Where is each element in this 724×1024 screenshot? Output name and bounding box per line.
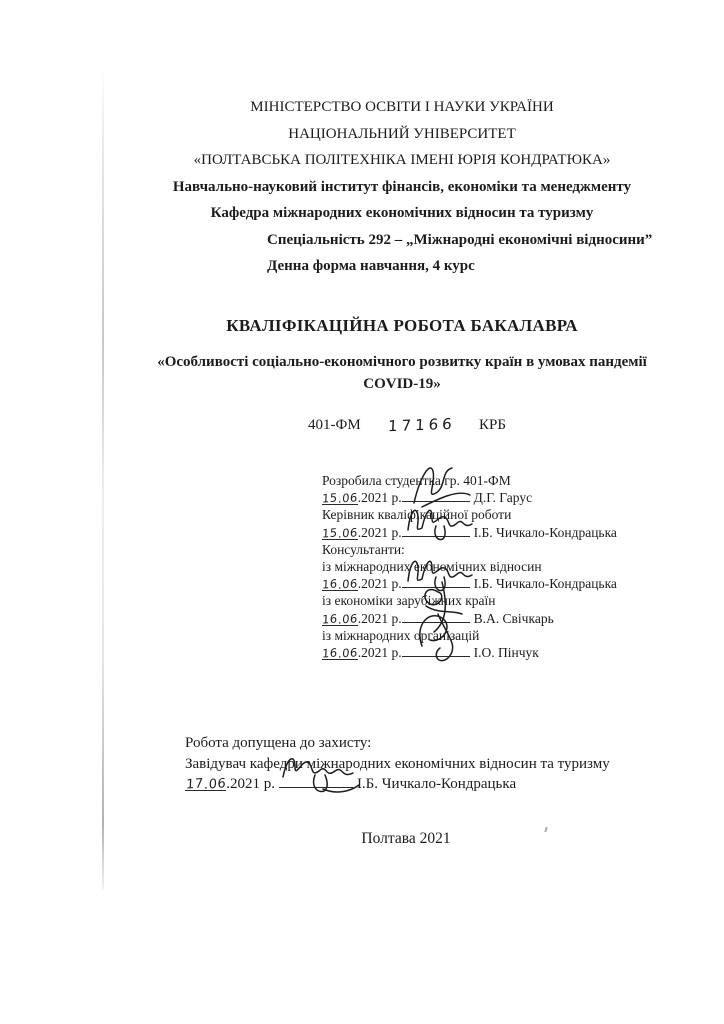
- consultant3-signature-row: 16.06.2021 р. І.О. Пінчук: [322, 644, 682, 661]
- signer-name: І.О. Пінчук: [474, 645, 539, 660]
- handwritten-day: 15: [322, 527, 338, 539]
- supervisor-signature-row: 15.06.2021 р. І.Б. Чичкало-Кондрацька: [322, 524, 682, 541]
- handwritten-month: .06: [338, 647, 358, 659]
- signature-line: [402, 576, 470, 588]
- signer-name: В.А. Свічкарь: [474, 611, 554, 626]
- date-suffix: .2021 р.: [226, 776, 275, 792]
- signing-block: Розробила студентка гр. 401-ФМ 15.06.202…: [322, 472, 682, 661]
- title-block: КВАЛІФІКАЦІЙНА РОБОТА БАКАЛАВРА «Особлив…: [100, 316, 704, 395]
- date-suffix: .2021 р.: [358, 490, 402, 505]
- signature-line: [402, 645, 470, 657]
- handwritten-day: 15: [322, 493, 338, 505]
- handwritten-month: .06: [338, 492, 358, 504]
- consultant3-label: із міжнародних організацій: [322, 627, 682, 644]
- university-name-line: «ПОЛТАВСЬКА ПОЛІТЕХНІКА ІМЕНІ ЮРІЯ КОНДР…: [100, 147, 704, 174]
- institute-line: Навчально-науковий інститут фінансів, ек…: [100, 174, 704, 201]
- university-type-line: НАЦІОНАЛЬНИЙ УНІВЕРСИТЕТ: [100, 121, 704, 148]
- date-suffix: .2021 р.: [358, 645, 402, 660]
- signature-line: [402, 490, 470, 502]
- developer-label: Розробила студентка гр. 401-ФМ: [322, 472, 682, 489]
- date-suffix: .2021 р.: [358, 576, 402, 591]
- group-code: 401-ФМ: [308, 417, 361, 434]
- handwritten-month: .06: [338, 578, 358, 590]
- handwritten-day: 16: [322, 613, 338, 625]
- codes-row: 401-ФМ 17166 КРБ: [0, 417, 724, 439]
- signer-name: І.Б. Чичкало-Кондрацька: [474, 525, 617, 540]
- consultant2-label: із економіки зарубіжних країн: [322, 592, 682, 609]
- topic-line-2: COVID-19»: [100, 373, 704, 395]
- handwritten-month: .06: [338, 613, 358, 625]
- department-line: Кафедра міжнародних економічних відносин…: [100, 200, 704, 227]
- date-suffix: .2021 р.: [358, 525, 402, 540]
- topic-line-1: «Особливості соціально-економічного розв…: [100, 351, 704, 373]
- developer-signature-row: 15.06.2021 р. Д.Г. Гарус: [322, 489, 682, 506]
- signer-name: І.Б. Чичкало-Кондрацька: [474, 576, 617, 591]
- admission-line-1: Робота допущена до захисту:: [185, 733, 705, 754]
- document-header: МІНІСТЕРСТВО ОСВІТИ І НАУКИ УКРАЇНИ НАЦІ…: [100, 94, 704, 280]
- city-year-line: Полтава 2021: [100, 830, 712, 848]
- supervisor-label: Керівник кваліфікаційної роботи: [322, 506, 682, 523]
- work-code: КРБ: [479, 417, 506, 434]
- approver-signature-row: 17.06.2021 р. І.Б. Чичкало-Кондрацька: [185, 774, 705, 795]
- signature-line: [402, 611, 470, 623]
- admission-block: Робота допущена до захисту: Завідувач ка…: [185, 733, 705, 795]
- consultant2-signature-row: 16.06.2021 р. В.А. Свічкарь: [322, 610, 682, 627]
- handwritten-day: 16: [322, 579, 338, 591]
- study-form-line: Денна форма навчання, 4 курс: [100, 253, 704, 280]
- signer-name: І.Б. Чичкало-Кондрацька: [357, 776, 516, 792]
- work-type-title: КВАЛІФІКАЦІЙНА РОБОТА БАКАЛАВРА: [100, 316, 704, 336]
- handwritten-day: 17: [185, 778, 203, 790]
- ministry-line: МІНІСТЕРСТВО ОСВІТИ І НАУКИ УКРАЇНИ: [100, 94, 704, 121]
- consultant1-label: із міжнародних економічних відносин: [322, 558, 682, 575]
- handwritten-day: 16: [322, 647, 338, 659]
- signature-line: [279, 776, 353, 788]
- specialty-line: Спеціальність 292 – „Міжнародні економіч…: [100, 227, 704, 254]
- consultants-label: Консультанти:: [322, 541, 682, 558]
- handwritten-month: .06: [204, 778, 227, 791]
- signature-line: [402, 525, 470, 537]
- handwritten-number: 17166: [388, 415, 457, 435]
- handwritten-month: .06: [338, 527, 358, 539]
- date-suffix: .2021 р.: [358, 611, 402, 626]
- signer-name: Д.Г. Гарус: [474, 490, 532, 505]
- consultant1-signature-row: 16.06.2021 р. І.Б. Чичкало-Кондрацька: [322, 575, 682, 592]
- thesis-title-page: МІНІСТЕРСТВО ОСВІТИ І НАУКИ УКРАЇНИ НАЦІ…: [0, 0, 724, 1024]
- thesis-topic: «Особливості соціально-економічного розв…: [100, 351, 704, 395]
- admission-line-2: Завідувач кафедри міжнародних економічни…: [185, 754, 705, 775]
